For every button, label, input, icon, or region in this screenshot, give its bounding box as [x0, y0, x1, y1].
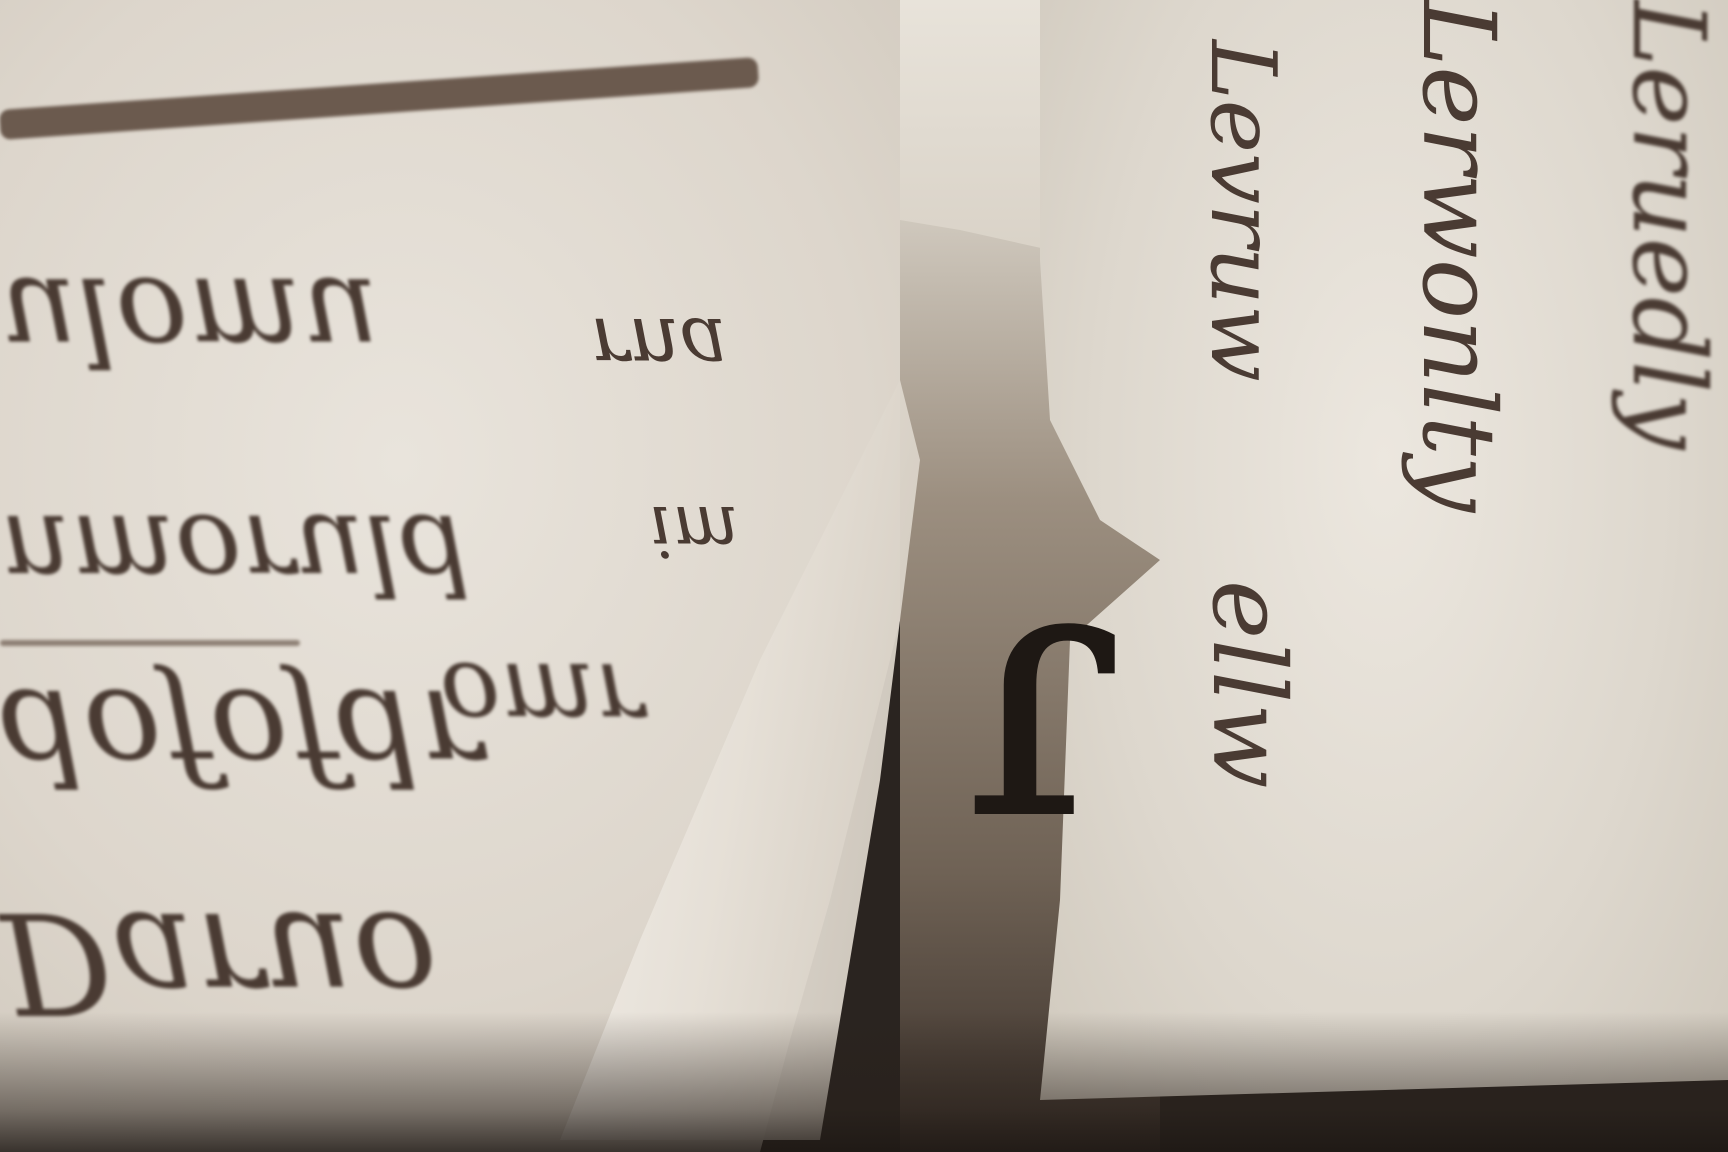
handwriting-line: dofofdr [0, 660, 481, 812]
handwriting-line: nmoruld [0, 490, 470, 618]
handwriting-column: ellw [1190, 580, 1307, 789]
handwriting-line: ulomu [0, 250, 379, 389]
ink-underline [0, 640, 300, 646]
center-ink-glyph: ɾ [960, 480, 1123, 899]
handwriting-column: Lerwonlty [1400, 0, 1517, 512]
handwriting-column: Levruw [1190, 40, 1295, 382]
photo-scene: ulomu rna nmoruld im dofofdr omr Daruo ɾ… [0, 0, 1728, 1152]
bottom-shadow [0, 1012, 1728, 1152]
handwriting-column: Leruedly [1610, 0, 1727, 449]
handwriting-line: im [650, 490, 739, 572]
handwriting-line: omr [440, 640, 643, 757]
handwriting-line: rna [590, 300, 727, 393]
